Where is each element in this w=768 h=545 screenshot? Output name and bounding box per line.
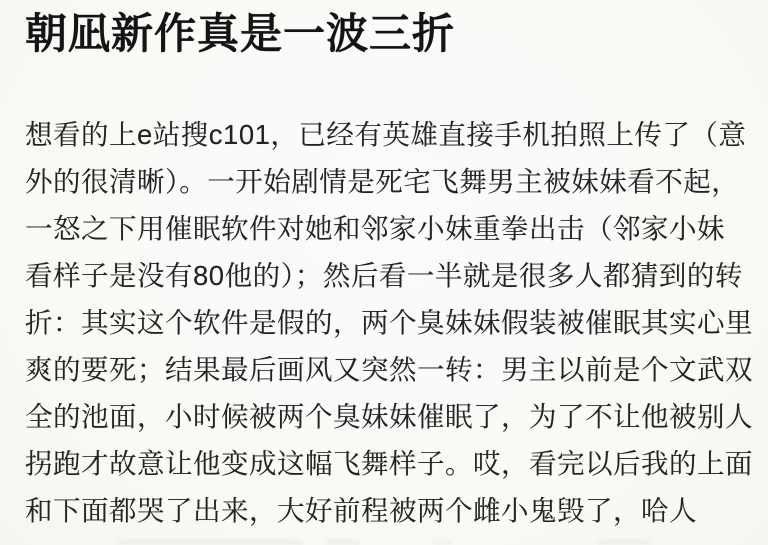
cutoff-next-line-remnant <box>0 537 768 545</box>
paragraph-line: 外的很清晰）。一开始剧情是死宅飞舞男主被妹妹看不起， <box>25 158 746 205</box>
cutoff-smudge <box>326 539 360 545</box>
paragraph-line: 和下面都哭了出来，大好前程被两个雌小鬼毁了，哈人 <box>25 487 746 534</box>
screenshot-root: { "post": { "title": "朝凪新作真是一波三折", "line… <box>0 0 768 545</box>
paragraph-line: 拐跑才故意让他变成这幅飞舞样子。哎，看完以后我的上面 <box>25 440 746 487</box>
post-title: 朝凪新作真是一波三折 <box>25 10 746 58</box>
paragraph-line: 想看的上e站搜c101，已经有英雄直接手机拍照上传了（意 <box>25 111 746 158</box>
paragraph-line: 折：其实这个软件是假的，两个臭妹妹假装被催眠其实心里 <box>25 299 746 346</box>
paragraph-line: 一怒之下用催眠软件对她和邻家小妹重拳出击（邻家小妹 <box>25 205 746 252</box>
cutoff-smudge <box>118 539 303 545</box>
paragraph-line: 看样子是没有80他的）；然后看一半就是很多人都猜到的转 <box>25 252 746 299</box>
cutoff-smudge <box>432 539 452 545</box>
post-body: 想看的上e站搜c101，已经有英雄直接手机拍照上传了（意 外的很清晰）。一开始剧… <box>25 111 746 534</box>
post-page: 朝凪新作真是一波三折 想看的上e站搜c101，已经有英雄直接手机拍照上传了（意 … <box>0 0 768 545</box>
cutoff-smudge <box>598 539 650 545</box>
paragraph-line: 全的池面，小时候被两个臭妹妹催眠了，为了不让他被别人 <box>25 393 746 440</box>
paragraph-line: 爽的要死；结果最后画风又突然一转：男主以前是个文武双 <box>25 346 746 393</box>
